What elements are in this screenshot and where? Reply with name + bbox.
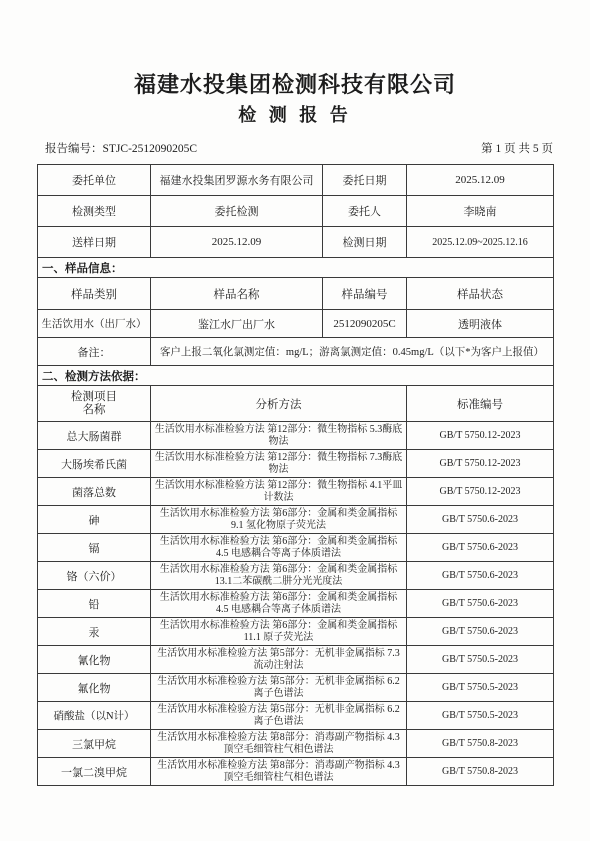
entrust-date-label: 委托日期: [323, 165, 407, 196]
page-indicator: 第 1 页 共 5 页: [481, 140, 553, 156]
method-standard: GB/T 5750.5-2023: [407, 646, 554, 674]
entrust-unit-value: 福建水投集团罗源水务有限公司: [151, 165, 323, 196]
method-item-name: 总大肠菌群: [38, 422, 151, 450]
sample-code-value: 2512090205C: [323, 310, 407, 338]
client-label: 委托人: [323, 196, 407, 227]
method-row: 铅 生活饮用水标准检验方法 第6部分：金属和类金属指标 4.5 电感耦合等离子体…: [38, 590, 554, 618]
test-type-label: 检测类型: [38, 196, 151, 227]
method-standard: GB/T 5750.6-2023: [407, 534, 554, 562]
method-analysis: 生活饮用水标准检验方法 第8部分：消毒副产物指标 4.3 顶空毛细管柱气相色谱法: [151, 730, 407, 758]
method-item-name: 三氯甲烷: [38, 730, 151, 758]
method-row: 镉 生活饮用水标准检验方法 第6部分：金属和类金属指标 4.5 电感耦合等离子体…: [38, 534, 554, 562]
entrust-unit-label: 委托单位: [38, 165, 151, 196]
method-item-name: 硝酸盐（以N计）: [38, 702, 151, 730]
section-title-sample-text: 一、样品信息：: [38, 258, 554, 278]
remark-value: 客户上报二氧化氯测定值：mg/L；游离氯测定值：0.45mg/L（以下*为客户上…: [151, 338, 554, 366]
client-value: 李晓南: [407, 196, 554, 227]
method-item-name: 镉: [38, 534, 151, 562]
method-standard: GB/T 5750.8-2023: [407, 758, 554, 786]
sample-code-header: 样品编号: [323, 278, 407, 310]
method-standard: GB/T 5750.5-2023: [407, 674, 554, 702]
method-item-name: 氰化物: [38, 646, 151, 674]
method-standard: GB/T 5750.6-2023: [407, 590, 554, 618]
method-standard: GB/T 5750.8-2023: [407, 730, 554, 758]
sample-send-date-label: 送样日期: [38, 227, 151, 258]
method-analysis: 生活饮用水标准检验方法 第6部分：金属和类金属指标 9.1 氢化物原子荧光法: [151, 506, 407, 534]
method-standard: GB/T 5750.6-2023: [407, 618, 554, 646]
sample-data-row: 生活饮用水（出厂水） 鉴江水厂出厂水 2512090205C 透明液体: [38, 310, 554, 338]
method-standard: GB/T 5750.5-2023: [407, 702, 554, 730]
method-standard: GB/T 5750.6-2023: [407, 506, 554, 534]
method-standard: GB/T 5750.12-2023: [407, 478, 554, 506]
method-analysis: 生活饮用水标准检验方法 第12部分：微生物指标 5.3酶底物法: [151, 422, 407, 450]
method-row: 大肠埃希氏菌 生活饮用水标准检验方法 第12部分：微生物指标 7.3酶底物法 G…: [38, 450, 554, 478]
method-analysis: 生活饮用水标准检验方法 第5部分：无机非金属指标 6.2离子色谱法: [151, 674, 407, 702]
method-standard-header: 标准编号: [407, 386, 554, 422]
entrust-date-value: 2025.12.09: [407, 165, 554, 196]
method-analysis-header: 分析方法: [151, 386, 407, 422]
sample-state-value: 透明液体: [407, 310, 554, 338]
info-row: 送样日期 2025.12.09 检测日期 2025.12.09~2025.12.…: [38, 227, 554, 258]
info-row: 委托单位 福建水投集团罗源水务有限公司 委托日期 2025.12.09: [38, 165, 554, 196]
method-header-row: 检测项目 名称 分析方法 标准编号: [38, 386, 554, 422]
test-date-value: 2025.12.09~2025.12.16: [407, 227, 554, 258]
report-table: 委托单位 福建水投集团罗源水务有限公司 委托日期 2025.12.09 检测类型…: [37, 164, 554, 786]
method-analysis: 生活饮用水标准检验方法 第8部分：消毒副产物指标 4.3 顶空毛细管柱气相色谱法: [151, 758, 407, 786]
sample-state-header: 样品状态: [407, 278, 554, 310]
meta-line: 报告编号：STJC-2512090205C 第 1 页 共 5 页: [45, 140, 553, 156]
method-analysis: 生活饮用水标准检验方法 第12部分：微生物指标 7.3酶底物法: [151, 450, 407, 478]
method-analysis: 生活饮用水标准检验方法 第6部分：金属和类金属指标 4.5 电感耦合等离子体质谱…: [151, 534, 407, 562]
method-item-name: 菌落总数: [38, 478, 151, 506]
method-row: 铬（六价） 生活饮用水标准检验方法 第6部分：金属和类金属指标 13.1二苯碳酰…: [38, 562, 554, 590]
test-date-label: 检测日期: [323, 227, 407, 258]
report-title: 检 测 报 告: [0, 101, 590, 127]
method-standard: GB/T 5750.6-2023: [407, 562, 554, 590]
method-row: 总大肠菌群 生活饮用水标准检验方法 第12部分：微生物指标 5.3酶底物法 GB…: [38, 422, 554, 450]
method-item-name: 汞: [38, 618, 151, 646]
test-type-value: 委托检测: [151, 196, 323, 227]
method-row: 硝酸盐（以N计） 生活饮用水标准检验方法 第5部分：无机非金属指标 6.2离子色…: [38, 702, 554, 730]
report-page: 福建水投集团检测科技有限公司 检 测 报 告 报告编号：STJC-2512090…: [0, 0, 590, 841]
section-title-methods: 二、检测方法依据：: [38, 366, 554, 386]
info-row: 检测类型 委托检测 委托人 李晓南: [38, 196, 554, 227]
method-analysis: 生活饮用水标准检验方法 第6部分：金属和类金属指标 13.1二苯碳酰二肼分光光度…: [151, 562, 407, 590]
method-row: 汞 生活饮用水标准检验方法 第6部分：金属和类金属指标 11.1 原子荧光法 G…: [38, 618, 554, 646]
method-item-name: 氟化物: [38, 674, 151, 702]
method-analysis: 生活饮用水标准检验方法 第6部分：金属和类金属指标 4.5 电感耦合等离子体质谱…: [151, 590, 407, 618]
method-analysis: 生活饮用水标准检验方法 第6部分：金属和类金属指标 11.1 原子荧光法: [151, 618, 407, 646]
method-item-header: 检测项目 名称: [38, 386, 151, 422]
method-standard: GB/T 5750.12-2023: [407, 450, 554, 478]
report-number-value: STJC-2512090205C: [103, 143, 198, 155]
company-name: 福建水投集团检测科技有限公司: [0, 68, 590, 99]
method-analysis: 生活饮用水标准检验方法 第12部分：微生物指标 4.1平皿计数法: [151, 478, 407, 506]
method-row: 氰化物 生活饮用水标准检验方法 第5部分：无机非金属指标 7.3流动注射法 GB…: [38, 646, 554, 674]
method-row: 氟化物 生活饮用水标准检验方法 第5部分：无机非金属指标 6.2离子色谱法 GB…: [38, 674, 554, 702]
method-row: 菌落总数 生活饮用水标准检验方法 第12部分：微生物指标 4.1平皿计数法 GB…: [38, 478, 554, 506]
sample-header-row: 样品类别 样品名称 样品编号 样品状态: [38, 278, 554, 310]
method-item-name: 一氯二溴甲烷: [38, 758, 151, 786]
report-number: 报告编号：STJC-2512090205C: [45, 140, 197, 156]
sample-category-value: 生活饮用水（出厂水）: [38, 310, 151, 338]
method-analysis: 生活饮用水标准检验方法 第5部分：无机非金属指标 6.2离子色谱法: [151, 702, 407, 730]
method-standard: GB/T 5750.12-2023: [407, 422, 554, 450]
method-row: 三氯甲烷 生活饮用水标准检验方法 第8部分：消毒副产物指标 4.3 顶空毛细管柱…: [38, 730, 554, 758]
method-item-name: 铬（六价）: [38, 562, 151, 590]
method-item-name: 大肠埃希氏菌: [38, 450, 151, 478]
section-title-sample: 一、样品信息：: [38, 258, 554, 278]
section-title-methods-text: 二、检测方法依据：: [38, 366, 554, 386]
report-number-label: 报告编号：: [45, 143, 103, 155]
method-analysis: 生活饮用水标准检验方法 第5部分：无机非金属指标 7.3流动注射法: [151, 646, 407, 674]
method-row: 砷 生活饮用水标准检验方法 第6部分：金属和类金属指标 9.1 氢化物原子荧光法…: [38, 506, 554, 534]
remark-label: 备注：: [38, 338, 151, 366]
method-row: 一氯二溴甲烷 生活饮用水标准检验方法 第8部分：消毒副产物指标 4.3 顶空毛细…: [38, 758, 554, 786]
remark-row: 备注： 客户上报二氧化氯测定值：mg/L；游离氯测定值：0.45mg/L（以下*…: [38, 338, 554, 366]
sample-send-date-value: 2025.12.09: [151, 227, 323, 258]
sample-name-header: 样品名称: [151, 278, 323, 310]
sample-category-header: 样品类别: [38, 278, 151, 310]
sample-name-value: 鉴江水厂出厂水: [151, 310, 323, 338]
method-item-name: 砷: [38, 506, 151, 534]
method-item-name: 铅: [38, 590, 151, 618]
